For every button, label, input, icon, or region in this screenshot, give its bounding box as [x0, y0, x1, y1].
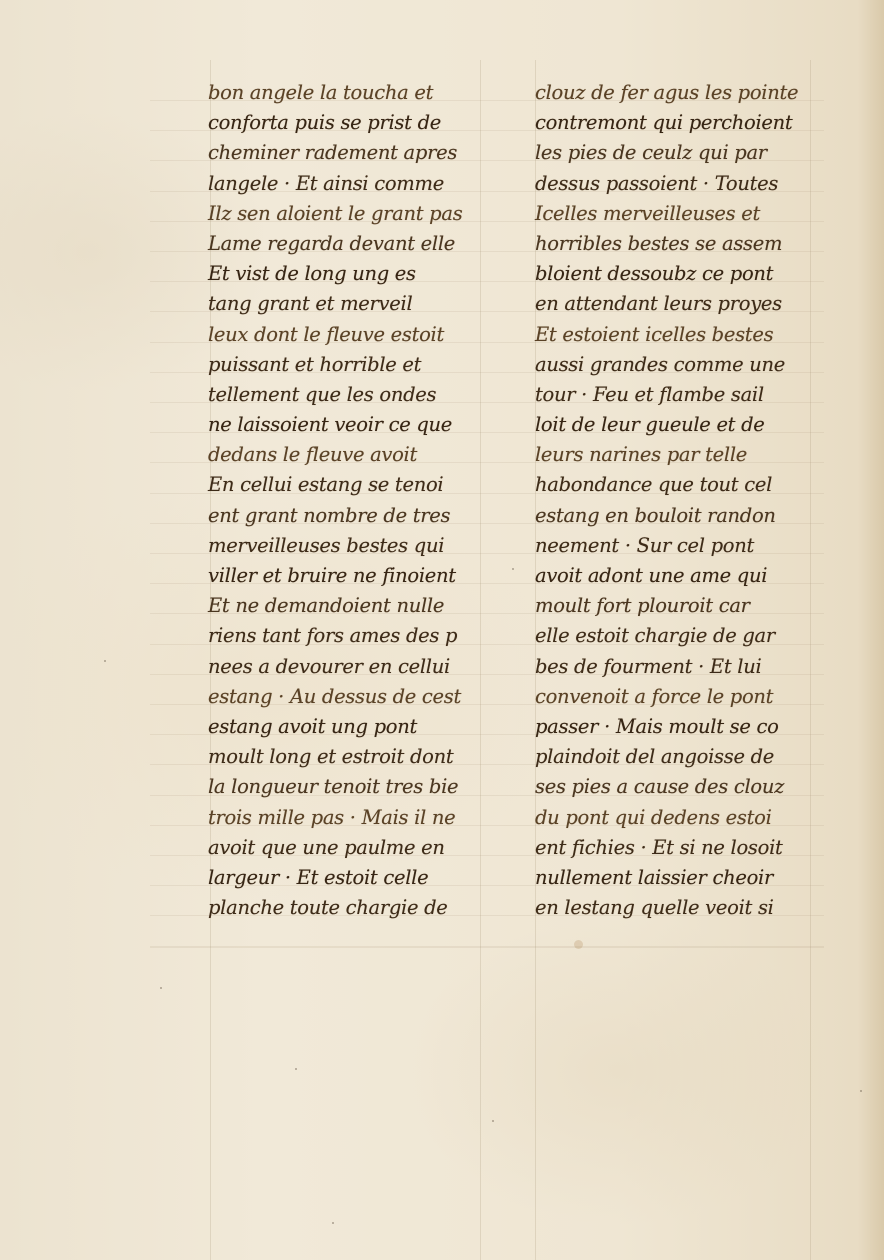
text-line: horribles bestes se assem: [535, 229, 820, 259]
text-line: ent grant nombre de tres: [208, 501, 493, 531]
text-line: dessus passoient · Toutes: [535, 169, 820, 199]
text-line: tour · Feu et flambe sail: [535, 380, 820, 410]
text-line: aussi grandes comme une: [535, 350, 820, 380]
text-line: moult fort plouroit car: [535, 591, 820, 621]
text-line: plaindoit del angoisse de: [535, 742, 820, 772]
text-line: puissant et horrible et: [208, 350, 493, 380]
text-line: bon angele la toucha et: [208, 78, 493, 108]
text-line: viller et bruire ne finoient: [208, 561, 493, 591]
text-line: dedans le fleuve avoit: [208, 440, 493, 470]
text-line: Et vist de long ung es: [208, 259, 493, 289]
text-line: Ilz sen aloient le grant pas: [208, 199, 493, 229]
text-line: leux dont le fleuve estoit: [208, 320, 493, 350]
text-line: les pies de ceulz qui par: [535, 138, 820, 168]
text-line: En cellui estang se tenoi: [208, 470, 493, 500]
text-line: merveilleuses bestes qui: [208, 531, 493, 561]
text-line: nullement laissier cheoir: [535, 863, 820, 893]
text-line: avoit adont une ame qui: [535, 561, 820, 591]
text-line: Lame regarda devant elle: [208, 229, 493, 259]
manuscript-page: bon angele la toucha et conforta puis se…: [0, 0, 884, 1260]
text-line: clouz de fer agus les pointe: [535, 78, 820, 108]
text-line: en attendant leurs proyes: [535, 289, 820, 319]
parchment-speck: [295, 1068, 297, 1070]
text-line: ent fichies · Et si ne losoit: [535, 833, 820, 863]
text-line: habondance que tout cel: [535, 470, 820, 500]
text-column-right: clouz de fer agus les pointe contremont …: [535, 78, 820, 923]
text-line: ne laissoient veoir ce que: [208, 410, 493, 440]
text-line: moult long et estroit dont: [208, 742, 493, 772]
text-line: la longueur tenoit tres bie: [208, 772, 493, 802]
parchment-speck: [160, 987, 162, 989]
text-line: passer · Mais moult se co: [535, 712, 820, 742]
parchment-speck: [512, 568, 514, 570]
text-line: convenoit a force le pont: [535, 682, 820, 712]
text-line: bes de fourment · Et lui: [535, 652, 820, 682]
text-line: avoit que une paulme en: [208, 833, 493, 863]
text-line: trois mille pas · Mais il ne: [208, 803, 493, 833]
text-line: nees a devourer en cellui: [208, 652, 493, 682]
ruling-line-bottom: [150, 947, 824, 948]
text-line: largeur · Et estoit celle: [208, 863, 493, 893]
text-line: Icelles merveilleuses et: [535, 199, 820, 229]
parchment-stain: [574, 940, 583, 949]
text-line: cheminer radement apres: [208, 138, 493, 168]
parchment-speck: [492, 1120, 494, 1122]
text-line: tellement que les ondes: [208, 380, 493, 410]
text-line: estang en bouloit randon: [535, 501, 820, 531]
parchment-speck: [104, 660, 106, 662]
parchment-speck: [332, 1222, 334, 1224]
text-line: ses pies a cause des clouz: [535, 772, 820, 802]
parchment-speck: [860, 1090, 862, 1092]
text-line: tang grant et merveil: [208, 289, 493, 319]
text-line: neement · Sur cel pont: [535, 531, 820, 561]
text-line: du pont qui dedens estoi: [535, 803, 820, 833]
text-line: estang avoit ung pont: [208, 712, 493, 742]
text-line: contremont qui perchoient: [535, 108, 820, 138]
text-line: conforta puis se prist de: [208, 108, 493, 138]
text-line: bloient dessoubz ce pont: [535, 259, 820, 289]
text-line: loit de leur gueule et de: [535, 410, 820, 440]
text-line: elle estoit chargie de gar: [535, 621, 820, 651]
text-column-left: bon angele la toucha et conforta puis se…: [208, 78, 493, 923]
text-line: leurs narines par telle: [535, 440, 820, 470]
text-line: Et estoient icelles bestes: [535, 320, 820, 350]
text-line: planche toute chargie de: [208, 893, 493, 923]
text-line: estang · Au dessus de cest: [208, 682, 493, 712]
text-line: langele · Et ainsi comme: [208, 169, 493, 199]
text-line: Et ne demandoient nulle: [208, 591, 493, 621]
text-line: riens tant fors ames des p: [208, 621, 493, 651]
text-line: en lestang quelle veoit si: [535, 893, 820, 923]
